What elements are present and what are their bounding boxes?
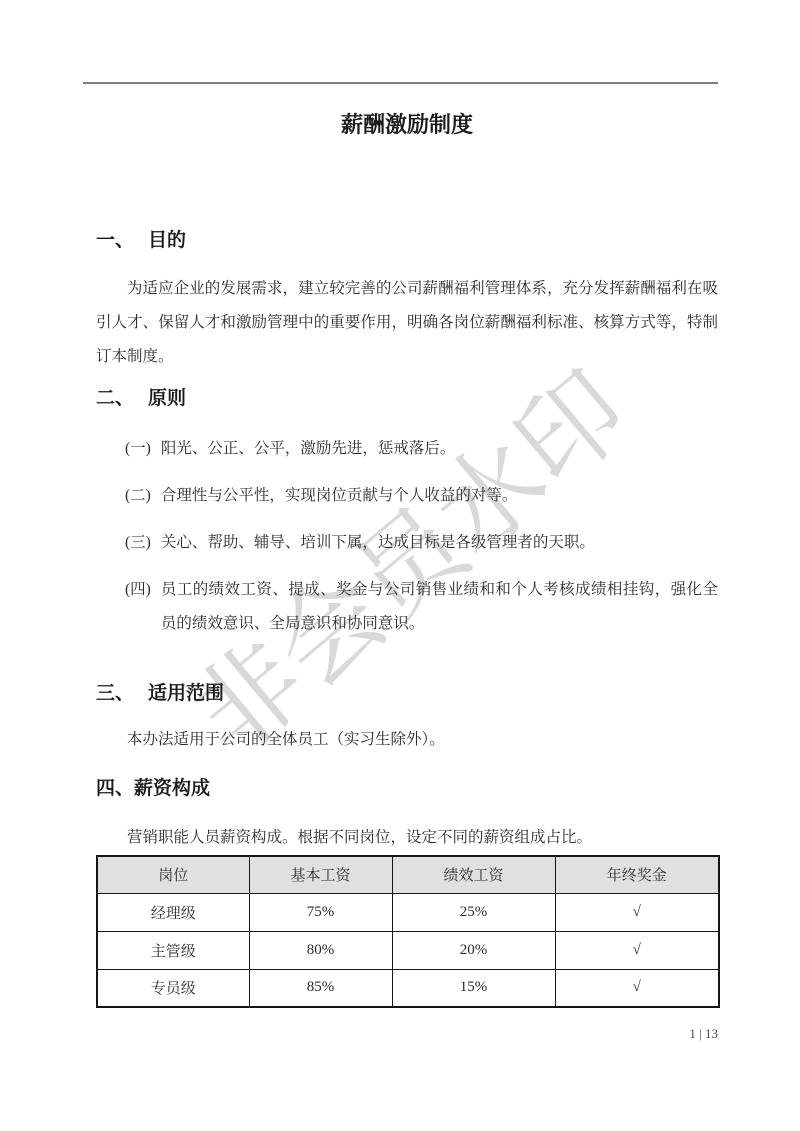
- principles-list: (一) 阳光、公正、公平，激励先进，惩戒落后。 (二) 合理性与公平性，实现岗位…: [96, 432, 718, 641]
- list-item-marker: (一): [125, 432, 151, 466]
- table-header-row: 岗位 基本工资 绩效工资 年终奖金: [97, 856, 719, 893]
- list-item-marker: (二): [125, 479, 151, 513]
- cell-base-salary: 85%: [249, 969, 392, 1007]
- column-header-year-end-bonus: 年终奖金: [555, 856, 719, 893]
- section-heading-salary-structure: 四、薪资构成: [96, 776, 718, 802]
- section-heading-purpose: 一、目的: [96, 228, 718, 254]
- list-item: (二) 合理性与公平性，实现岗位贡献与个人收益的对等。: [125, 479, 718, 513]
- document-content: 薪酬激励制度 一、目的 为适应企业的发展需求，建立较完善的公司薪酬福利管理体系，…: [0, 0, 800, 1008]
- cell-year-end-bonus-check: √: [555, 931, 719, 969]
- cell-performance-salary: 20%: [392, 931, 555, 969]
- table-row: 主管级 80% 20% √: [97, 931, 719, 969]
- cell-post: 主管级: [97, 931, 249, 969]
- paragraph-scope: 本办法适用于公司的全体员工（实习生除外）。: [96, 723, 718, 757]
- cell-year-end-bonus-check: √: [555, 893, 719, 931]
- document-page: 非会员水印 薪酬激励制度 一、目的 为适应企业的发展需求，建立较完善的公司薪酬福…: [0, 0, 800, 1131]
- column-header-performance-salary: 绩效工资: [392, 856, 555, 893]
- list-item-text: 阳光、公正、公平，激励先进，惩戒落后。: [161, 432, 718, 466]
- table-row: 经理级 75% 25% √: [97, 893, 719, 931]
- list-item: (一) 阳光、公正、公平，激励先进，惩戒落后。: [125, 432, 718, 466]
- cell-performance-salary: 15%: [392, 969, 555, 1007]
- table-row: 专员级 85% 15% √: [97, 969, 719, 1007]
- cell-year-end-bonus-check: √: [555, 969, 719, 1007]
- column-header-base-salary: 基本工资: [249, 856, 392, 893]
- table-header: 岗位 基本工资 绩效工资 年终奖金: [97, 856, 719, 893]
- list-item-marker: (三): [125, 526, 151, 560]
- cell-post: 专员级: [97, 969, 249, 1007]
- section-number: 一、: [96, 230, 134, 251]
- cell-base-salary: 80%: [249, 931, 392, 969]
- salary-composition-table: 岗位 基本工资 绩效工资 年终奖金 经理级 75% 25% √ 主管级 80% …: [96, 855, 720, 1008]
- document-title: 薪酬激励制度: [96, 104, 718, 146]
- cell-base-salary: 75%: [249, 893, 392, 931]
- paragraph-purpose: 为适应企业的发展需求，建立较完善的公司薪酬福利管理体系，充分发挥薪酬福利在吸引人…: [96, 272, 718, 374]
- section-title: 原则: [148, 388, 186, 409]
- list-item-text: 员工的绩效工资、提成、奖金与公司销售业绩和和个人考核成绩相挂钩，强化全员的绩效意…: [161, 573, 718, 641]
- section-heading-scope: 三、适用范围: [96, 681, 718, 707]
- section-title: 适用范围: [148, 683, 224, 704]
- page-number: 1 | 13: [689, 1026, 718, 1042]
- list-item-marker: (四): [125, 573, 151, 641]
- column-header-post: 岗位: [97, 856, 249, 893]
- section-heading-principles: 二、原则: [96, 386, 718, 412]
- table-body: 经理级 75% 25% √ 主管级 80% 20% √ 专员级 85% 15% …: [97, 893, 719, 1007]
- list-item: (四) 员工的绩效工资、提成、奖金与公司销售业绩和和个人考核成绩相挂钩，强化全员…: [125, 573, 718, 641]
- list-item-text: 关心、帮助、辅导、培训下属，达成目标是各级管理者的天职。: [161, 526, 718, 560]
- cell-post: 经理级: [97, 893, 249, 931]
- list-item: (三) 关心、帮助、辅导、培训下属，达成目标是各级管理者的天职。: [125, 526, 718, 560]
- list-item-text: 合理性与公平性，实现岗位贡献与个人收益的对等。: [161, 479, 718, 513]
- section-title: 薪资构成: [134, 778, 210, 799]
- header-rule: [83, 82, 718, 84]
- section-number: 三、: [96, 683, 134, 704]
- section-number: 二、: [96, 388, 134, 409]
- section-title: 目的: [148, 230, 186, 251]
- cell-performance-salary: 25%: [392, 893, 555, 931]
- section-number: 四、: [96, 778, 134, 799]
- paragraph-salary-structure: 营销职能人员薪资构成。根据不同岗位，设定不同的薪资组成占比。: [96, 821, 718, 855]
